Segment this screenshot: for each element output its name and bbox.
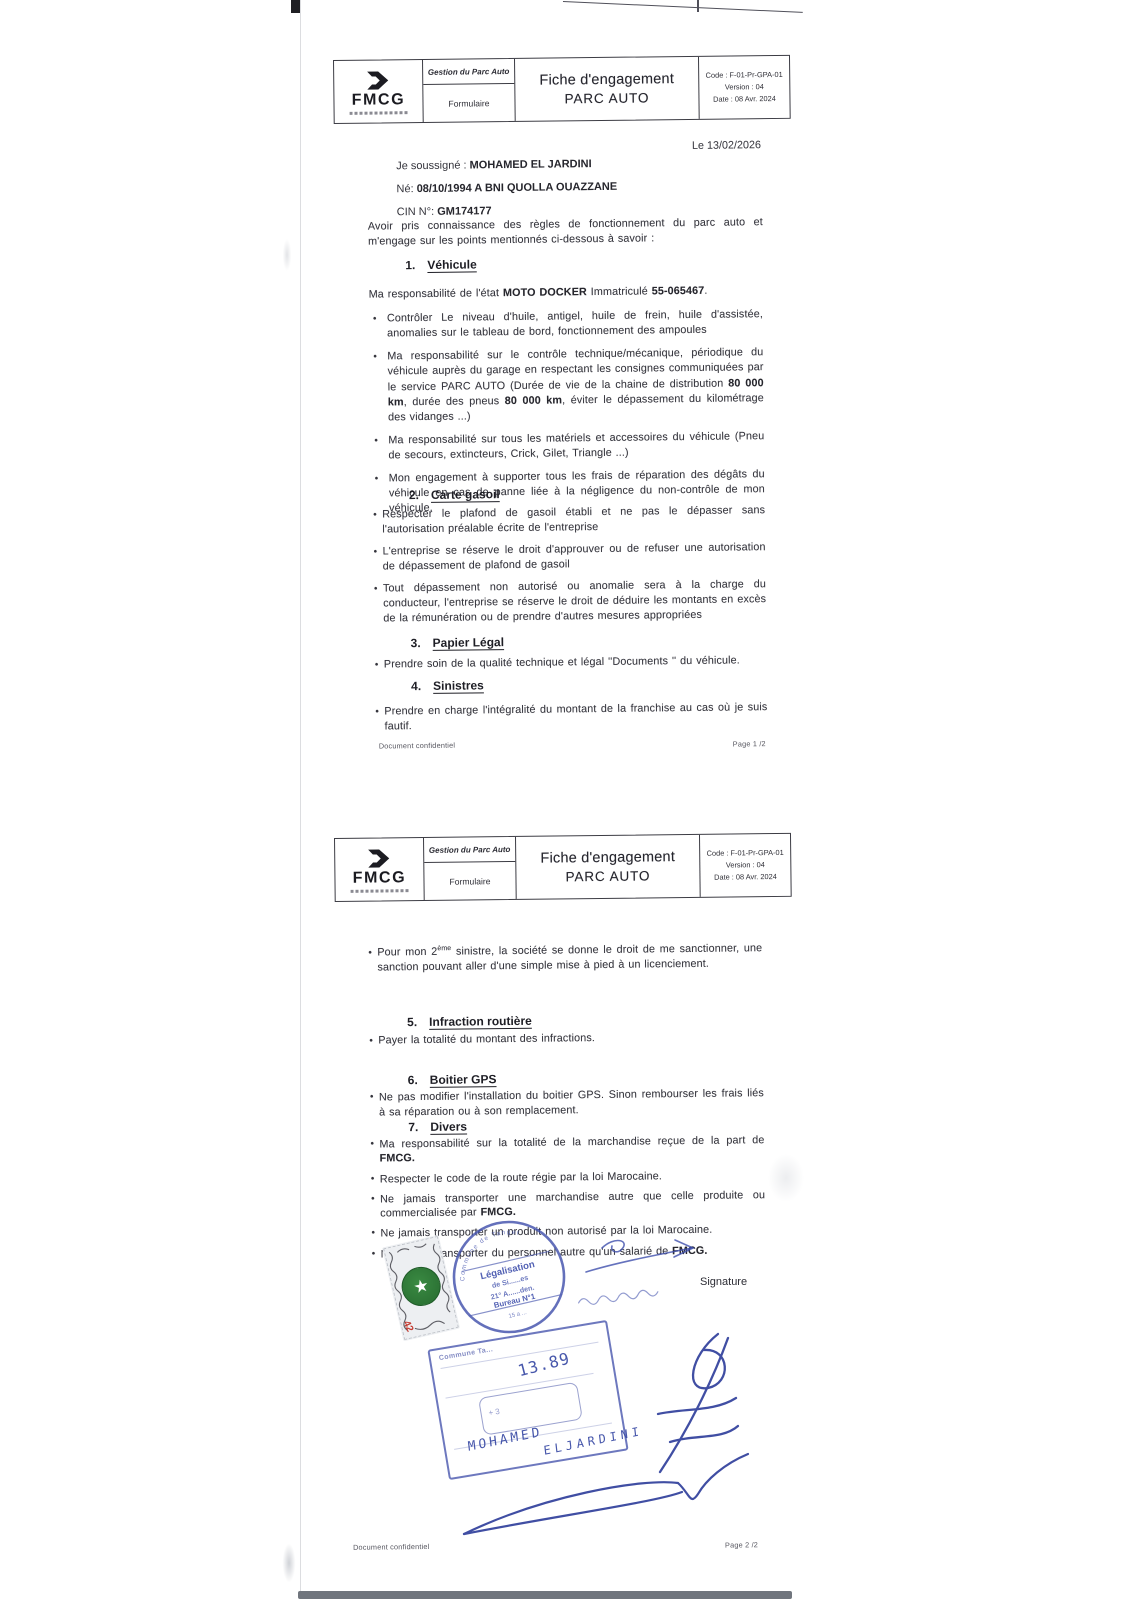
- list-item: •Respecter le code de la route régie par…: [371, 1168, 765, 1186]
- header-code-block: Code : F-01-Pr-GPA-01 Version : 04 Date …: [698, 56, 790, 119]
- list-item: •L'entreprise se réserve le droit d'appr…: [373, 540, 765, 575]
- scan-artifact-mark: [291, 0, 300, 13]
- sinistres-bullet-list: •Prendre en charge l'intégralité du mont…: [375, 700, 767, 735]
- identity-block: Je soussigné : MOHAMED EL JARDINI Né: 08…: [396, 153, 617, 224]
- title-line2: PARC AUTO: [564, 90, 649, 106]
- fmcg-logo-tagline: [351, 889, 409, 892]
- boitier-gps-bullet-list: •Ne pas modifier l'installation du boiti…: [370, 1086, 764, 1119]
- bullet-icon: •: [369, 1034, 378, 1050]
- signature-label: Signature: [700, 1276, 747, 1288]
- footer-page-number: Page 1 /2: [733, 739, 766, 748]
- scan-artifact-line: [563, 1, 803, 13]
- bullet-icon: •: [373, 349, 388, 426]
- bullet-icon: •: [371, 1226, 380, 1240]
- fmcg-logo: FMCG: [335, 838, 424, 901]
- svg-text:15 a ...: 15 a ...: [508, 1310, 528, 1320]
- fmcg-arrow-icon: [365, 71, 391, 91]
- rect-stamp-inner-code: +3: [488, 1407, 502, 1418]
- scan-smudge: [280, 1536, 298, 1590]
- bullet-icon: •: [372, 1247, 381, 1261]
- list-item: •Ma responsabilité sur tous les matériel…: [374, 429, 764, 464]
- list-item: •Prendre en charge l'intégralité du mont…: [375, 700, 767, 735]
- identity-birth-line: Né: 08/10/1994 A BNI QUOLLA OUAZZANE: [396, 176, 617, 202]
- footer-confidential: Document confidentiel: [379, 741, 456, 751]
- header-version: Version : 04: [725, 81, 764, 93]
- bullet-icon: •: [370, 1138, 379, 1166]
- star-icon: ★: [411, 1275, 430, 1298]
- fmcg-logo-text: FMCG: [353, 869, 407, 888]
- document-header-table: FMCG Gestion du Parc Auto Formulaire Fic…: [334, 833, 792, 902]
- vehicule-lead-line: Ma responsabilité de l'état MOTO DOCKER …: [369, 283, 764, 303]
- section-heading-boitier-gps: 6.Boitier GPS: [408, 1072, 497, 1087]
- document-title: Fiche d'engagement PARC AUTO: [515, 835, 700, 899]
- bullet-icon: •: [374, 433, 388, 464]
- list-item: •Ne jamais transporter une marchandise a…: [371, 1188, 765, 1220]
- list-item: •Ne pas modifier l'installation du boiti…: [370, 1086, 764, 1119]
- intro-paragraph: Avoir pris connaissance des règles de fo…: [368, 215, 763, 250]
- page-1: FMCG Gestion du Parc Auto Formulaire Fic…: [333, 55, 798, 760]
- header-date: Date : 08 Avr. 2024: [714, 871, 777, 884]
- title-line1: Fiche d'engagement: [539, 71, 674, 89]
- bullet-icon: •: [373, 544, 382, 575]
- header-form-label: Formulaire: [423, 84, 514, 122]
- list-item: •Prendre soin de la qualité technique et…: [375, 653, 767, 673]
- vehicule-bullet-list: •Contrôler Le niveau d'huile, antigel, h…: [373, 307, 765, 517]
- written-date: Le 13/02/2026: [692, 139, 761, 152]
- carte-gasoil-bullet-list: •Respecter le plafond de gasoil établi e…: [373, 503, 766, 627]
- sinistres-carryover-list: •Pour mon 2ème sinistre, la société se d…: [368, 941, 762, 976]
- header-version: Version : 04: [726, 859, 765, 871]
- bullet-icon: •: [373, 507, 382, 538]
- header-code: Code : F-01-Pr-GPA-01: [706, 69, 783, 82]
- header-code-block: Code : F-01-Pr-GPA-01 Version : 04 Date …: [699, 834, 791, 897]
- bullet-icon: •: [375, 657, 384, 673]
- list-item: •Pour mon 2ème sinistre, la société se d…: [368, 941, 762, 976]
- header-date: Date : 08 Avr. 2024: [713, 93, 776, 106]
- list-item: •Contrôler Le niveau d'huile, antigel, h…: [373, 307, 763, 342]
- footer-confidential: Document confidentiel: [353, 1542, 430, 1552]
- fmcg-logo-text: FMCG: [352, 91, 406, 110]
- fmcg-logo-tagline: [350, 111, 408, 114]
- title-line1: Fiche d'engagement: [540, 849, 675, 867]
- scan-artifact-tick: [697, 0, 699, 12]
- identity-name-line: Je soussigné : MOHAMED EL JARDINI: [396, 153, 617, 179]
- section-heading-infraction: 5.Infraction routière: [407, 1014, 532, 1029]
- header-form-label: Formulaire: [424, 862, 515, 900]
- fmcg-logo: FMCG: [334, 60, 423, 123]
- bullet-icon: •: [375, 704, 384, 735]
- title-line2: PARC AUTO: [565, 868, 650, 884]
- section-heading-sinistres: 4.Sinistres: [411, 678, 484, 693]
- header-dept: Gestion du Parc Auto: [424, 837, 515, 863]
- section-heading-papier-legal: 3.Papier Légal: [411, 635, 505, 650]
- section-heading-carte-gasoil: 2.Carte gasoil: [409, 487, 500, 502]
- bullet-icon: •: [371, 1193, 380, 1221]
- scan-smudge: [281, 233, 293, 277]
- bullet-icon: •: [370, 1091, 379, 1120]
- section-heading-divers: 7.Divers: [408, 1120, 467, 1135]
- section-heading-vehicule: 1.Véhicule: [405, 257, 477, 272]
- list-item: •Respecter le plafond de gasoil établi e…: [373, 503, 765, 538]
- bullet-icon: •: [368, 946, 377, 977]
- next-page-edge: [298, 1591, 792, 1599]
- page-edge-line: [300, 0, 301, 1599]
- signature-flourish: [452, 1452, 762, 1547]
- header-dept: Gestion du Parc Auto: [423, 59, 514, 85]
- scanned-document: FMCG Gestion du Parc Auto Formulaire Fic…: [0, 0, 1131, 1599]
- list-item: •Tout dépassement non autorisé ou anomal…: [374, 577, 766, 628]
- bullet-icon: •: [373, 311, 387, 342]
- list-item: •Ma responsabilité sur le contrôle techn…: [373, 345, 764, 426]
- document-header-table: FMCG Gestion du Parc Auto Formulaire Fic…: [333, 55, 791, 124]
- list-item: •Payer la totalité du montant des infrac…: [369, 1029, 763, 1049]
- fmcg-arrow-icon: [366, 849, 392, 869]
- list-item: •Ma responsabilité sur la totalité de la…: [370, 1133, 764, 1165]
- header-code: Code : F-01-Pr-GPA-01: [707, 847, 784, 860]
- bullet-icon: •: [371, 1173, 380, 1187]
- document-title: Fiche d'engagement PARC AUTO: [514, 57, 699, 121]
- infraction-bullet-list: •Payer la totalité du montant des infrac…: [369, 1029, 763, 1049]
- officer-signature-scribble: [572, 1220, 722, 1305]
- papier-legal-bullet-list: •Prendre soin de la qualité technique et…: [375, 653, 767, 673]
